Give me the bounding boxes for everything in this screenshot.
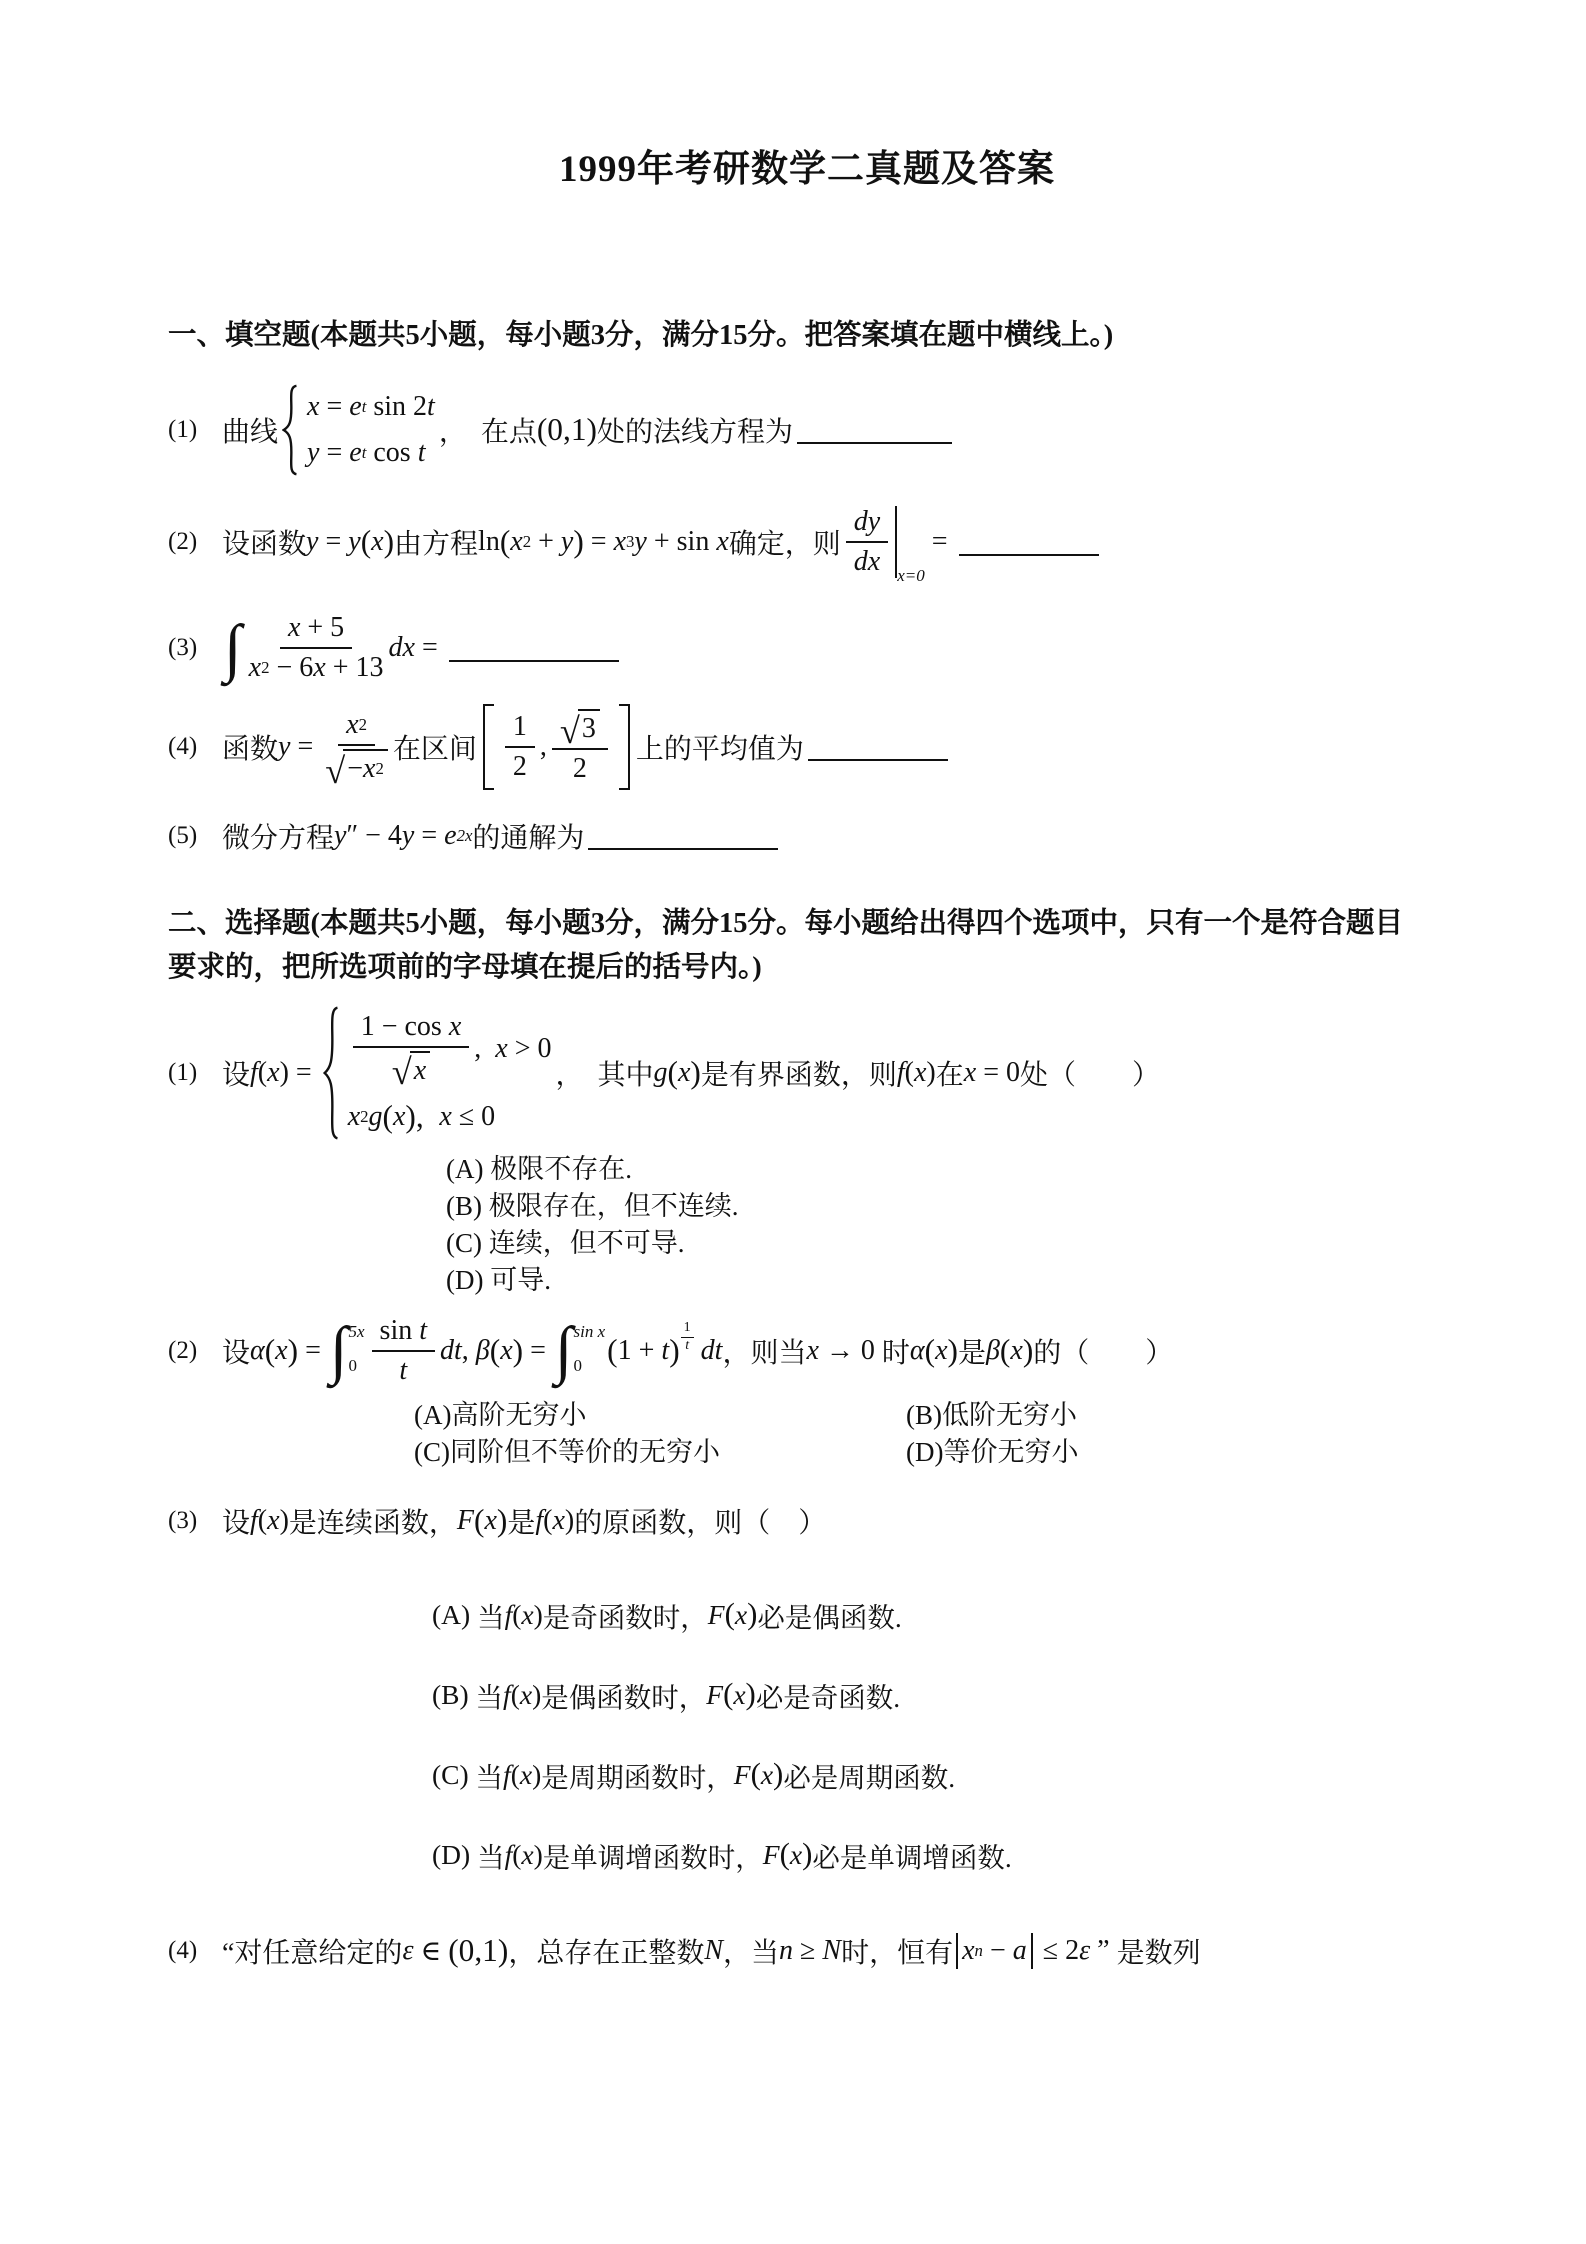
math-token: x: [790, 1839, 802, 1871]
math-token: sin: [380, 1315, 420, 1347]
option-b: (B) 极限存在，但不连续.: [446, 1188, 1446, 1225]
math-token: ≤ 2: [1036, 1935, 1079, 1967]
math-token: F: [457, 1505, 474, 1537]
math-token: =: [298, 1335, 328, 1367]
math-token: −: [983, 1935, 1013, 1967]
math-token: x: [1010, 1335, 1022, 1367]
math-token: 0: [574, 1357, 606, 1374]
math-token: x: [267, 1505, 279, 1537]
math-token: ,: [474, 1033, 495, 1065]
math-token: ,: [540, 731, 547, 763]
math-cases: 1 − cos x√x, x > 0x2g(x), x ≤ 0: [323, 1005, 552, 1141]
radical-icon: √: [325, 758, 345, 785]
math-token: + 13: [326, 652, 384, 684]
math-token: =: [318, 526, 348, 558]
question-s2-2-options: (A)高阶无穷小 (B)低阶无穷小 (C)同阶但不等价的无穷小 (D)等价无穷小: [414, 1397, 1446, 1471]
math-token: t: [685, 1338, 689, 1354]
math-token: ) =: [280, 1057, 319, 1089]
math-token: ): [497, 1503, 507, 1539]
math-token: 当: [477, 1595, 505, 1635]
math-token: （ ）: [742, 1501, 826, 1541]
question-s1-4-formula: 函数y = x2√−x2在区间12,√32上的平均值为: [222, 704, 948, 790]
math-token: 设函数: [222, 522, 306, 562]
math-token: ，则当: [722, 1331, 806, 1371]
math-token: 必是偶函数.: [757, 1595, 901, 1635]
math-token: 2: [359, 715, 367, 735]
math-token: → 0: [819, 1335, 882, 1367]
math-token: 是连续函数，: [289, 1501, 457, 1541]
math-token: t: [399, 1355, 407, 1387]
math-token: sin x0: [573, 1323, 606, 1378]
math-token: 0: [349, 1357, 365, 1374]
math-token: ): [532, 1759, 541, 1791]
math-token: 函数: [222, 727, 278, 767]
math-token: x: [521, 1599, 533, 1631]
math-token: y: [334, 820, 346, 852]
math-token: =: [523, 1335, 553, 1367]
math-fraction: x2√−x2: [325, 709, 388, 785]
math-fraction: 12: [505, 711, 535, 783]
math-token: (: [258, 1057, 267, 1089]
math-token: 12,√32: [494, 704, 619, 790]
math-token: ): [948, 1333, 958, 1369]
math-token: x: [439, 1101, 451, 1133]
math-token: 曲线: [222, 410, 278, 450]
math-token: 是偶函数时，: [541, 1675, 706, 1715]
question-s2-3-options: (A) 当f(x)是奇函数时，F(x)必是偶函数. (B) 当f(x)是偶函数时…: [432, 1595, 1446, 1875]
math-token: (: [511, 1679, 520, 1711]
page-title: 1999年考研数学二真题及答案: [168, 138, 1446, 192]
math-token: 的: [1033, 1331, 1061, 1371]
math-token: F: [763, 1839, 780, 1871]
option-b: (B) 当f(x)是偶函数时，F(x)必是奇函数.: [432, 1675, 1446, 1715]
math-token: −: [347, 753, 363, 785]
math-token: x: [614, 526, 626, 558]
math-token: (: [1000, 1333, 1010, 1369]
math-token: x: [267, 1057, 279, 1089]
math-token: 2: [261, 658, 269, 678]
math-token: 是奇函数时，: [543, 1595, 708, 1635]
integral-icon: ∫: [555, 1323, 573, 1378]
math-token: ): [669, 1333, 679, 1369]
math-token: 微分方程: [222, 816, 334, 856]
math-token: 是单调增函数时，: [543, 1835, 763, 1875]
math-token: (: [383, 1099, 393, 1135]
math-token: 必是单调增函数.: [812, 1835, 1011, 1875]
math-token: ): [532, 1679, 541, 1711]
math-fraction: x + 5x2 − 6x + 13: [249, 612, 384, 684]
math-token: =: [925, 526, 955, 558]
math-token: x: [393, 1101, 405, 1133]
math-token: x=0: [897, 566, 925, 586]
math-token: (: [361, 524, 371, 560]
math-token: √x: [392, 1048, 430, 1087]
integral-icon: ∫: [224, 621, 242, 676]
question-s2-3: (3) 设f(x)是连续函数，F(x)是f(x)的原函数，则（ ）: [168, 1501, 1446, 1541]
math-token: x: [520, 1759, 532, 1791]
math-token: ，: [439, 410, 481, 450]
option-d: (D) 当f(x)是单调增函数时，F(x)必是单调增函数.: [432, 1835, 1446, 1875]
math-token: f: [503, 1679, 511, 1711]
math-token: 1: [505, 711, 535, 748]
math-token: x: [914, 1057, 926, 1089]
math-token: (: [725, 1597, 735, 1632]
math-token: x: [348, 1101, 360, 1133]
math-token: ): [534, 1599, 543, 1631]
math-token: x: [806, 1335, 818, 1367]
math-token: x: [520, 1679, 532, 1711]
math-token: x: [500, 1335, 512, 1367]
math-token: 是有界函数，则: [701, 1053, 897, 1093]
math-token: ): [573, 524, 583, 560]
math-token: ): [773, 1757, 783, 1792]
question-number: (4): [168, 1937, 222, 1965]
math-token: (: [474, 1503, 484, 1539]
math-token: 处的法线方程为: [597, 410, 793, 450]
math-token: N: [704, 1935, 723, 1967]
question-s1-1-formula: 曲线x = et sin 2ty = et cos t， 在点(0,1)处的法线…: [222, 384, 952, 476]
math-token: x: [897, 566, 905, 585]
question-s2-4: (4) “对任意给定的ε ∈ (0,1)，总存在正整数N，当n ≥ N时，恒有x…: [168, 1931, 1446, 1971]
math-token: (: [490, 1333, 500, 1369]
math-token: dt: [694, 1335, 723, 1367]
math-token: x: [678, 1057, 690, 1089]
math-token: x: [761, 1759, 773, 1791]
math-token: (: [905, 1057, 914, 1089]
math-token: 在点: [481, 410, 537, 450]
math-token: =: [319, 391, 349, 423]
math-token: sin x: [574, 1323, 606, 1340]
question-s2-1: (1) 设f(x) = 1 − cos x√x, x > 0x2g(x), x …: [168, 1005, 1446, 1141]
math-token: 处: [1020, 1053, 1048, 1093]
math-token: x + 5: [280, 612, 352, 649]
option-c: (C) 当f(x)是周期函数时，F(x)必是周期函数.: [432, 1755, 1446, 1795]
math-token: e: [349, 437, 361, 469]
math-token: sin t: [372, 1315, 435, 1352]
math-token: −x2: [343, 749, 388, 785]
math-token: 其中: [598, 1053, 654, 1093]
question-s1-5-formula: 微分方程y″ − 4y = e2x的通解为: [222, 816, 778, 856]
math-token: dx: [854, 543, 880, 578]
math-token: (: [668, 1055, 678, 1091]
math-token: ): [288, 1333, 298, 1369]
math-token: 在: [936, 1053, 964, 1093]
math-token: 2: [360, 1107, 368, 1127]
math-cases: x = et sin 2ty = et cos t: [282, 384, 435, 476]
math-token: 必是奇函数.: [756, 1675, 900, 1715]
question-s2-3-formula: 设f(x)是连续函数，F(x)是f(x)的原函数，则（ ）: [222, 1501, 826, 1541]
math-token: 的原函数，则: [574, 1501, 742, 1541]
math-fraction: sin tt: [372, 1315, 435, 1387]
math-token: ): [746, 1677, 756, 1712]
math-token: =: [584, 526, 614, 558]
question-number: (4): [168, 733, 222, 761]
integral-icon: ∫: [330, 1323, 348, 1378]
math-fraction: √32: [552, 709, 608, 785]
math-token: F: [734, 1759, 751, 1791]
answer-blank: [449, 634, 619, 663]
math-token: ln: [478, 526, 500, 558]
question-number: (2): [168, 528, 222, 556]
math-token: x: [510, 526, 522, 558]
option-c: (C) 连续，但不可导.: [446, 1225, 1446, 1262]
question-number: (1): [168, 1059, 222, 1087]
math-token: e: [444, 820, 456, 852]
math-token: t: [399, 1352, 407, 1387]
math-token: 0: [574, 1356, 583, 1375]
math-token: x: [716, 526, 728, 558]
math-token: 2x: [457, 826, 473, 846]
math-token: ε: [402, 1935, 413, 1967]
math-token: +: [531, 526, 561, 558]
math-token: ∈: [413, 1934, 448, 1968]
math-token: x2: [338, 709, 375, 746]
math-token: cos: [366, 437, 417, 469]
math-token: 2: [513, 751, 527, 783]
math-token: α: [910, 1335, 925, 1367]
math-token: 5x0: [348, 1323, 365, 1378]
math-token: =: [415, 632, 445, 664]
math-token: 5x: [349, 1323, 365, 1340]
math-token: ，当: [723, 1931, 779, 1971]
option-d: (D)等价无穷小: [906, 1434, 1446, 1471]
math-token: 5x: [349, 1322, 365, 1341]
math-interval: 12,√32: [483, 704, 630, 790]
math-token: x: [371, 526, 383, 558]
math-token: =: [290, 731, 320, 763]
math-token: x: [414, 1055, 426, 1087]
question-s2-2: (2) 设α(x) = ∫5x0sin ttdt, β(x) = ∫sin x0…: [168, 1315, 1446, 1387]
math-token: （ ）: [1061, 1331, 1173, 1371]
math-token: (: [511, 1759, 520, 1791]
math-exponent-fraction: 1t: [681, 1321, 694, 1353]
math-token: y: [634, 526, 646, 558]
math-token: ε: [1079, 1935, 1090, 1967]
math-token: (: [607, 1333, 617, 1369]
math-token: sin 2: [366, 391, 427, 423]
math-integral: ∫5x0: [330, 1323, 365, 1378]
math-token: 2: [375, 759, 383, 779]
math-token: 2: [523, 532, 531, 552]
math-token: 设: [222, 1331, 250, 1371]
math-token: x: [484, 1505, 496, 1537]
math-token: 1: [513, 711, 527, 743]
math-token: x: [363, 753, 375, 785]
math-token: 1 − cos x√x, x > 0x2g(x), x ≤ 0: [348, 1005, 552, 1141]
answer-blank: [808, 733, 948, 762]
math-token: ): [926, 1057, 935, 1089]
math-token: 设: [222, 1053, 250, 1093]
right-bracket-icon: [619, 704, 630, 790]
question-s1-2-formula: 设函数y = y(x)由方程ln(x2 + y) = x3y + sin x确定…: [222, 506, 1099, 578]
answer-blank: [588, 822, 778, 851]
math-token: x: [552, 1505, 564, 1537]
math-token: (: [780, 1837, 790, 1872]
math-token: ): [747, 1597, 757, 1632]
math-token: ): [802, 1837, 812, 1872]
math-token: (: [723, 1677, 733, 1712]
math-token: ≤ 0: [452, 1101, 495, 1133]
math-token: x = et sin 2ty = et cos t: [307, 384, 435, 476]
math-token: 3: [582, 713, 596, 745]
answer-blank: [959, 528, 1099, 557]
radical-icon: √: [560, 718, 580, 745]
math-token: (0,1): [537, 412, 597, 448]
math-token: x2g(x), x ≤ 0: [348, 1099, 496, 1135]
math-token: (B): [432, 1679, 476, 1711]
math-token: 是: [507, 1501, 535, 1541]
math-token: t: [419, 1315, 427, 1347]
math-token: x: [521, 1839, 533, 1871]
math-token: 2: [573, 753, 587, 785]
math-token: dx: [389, 632, 415, 664]
math-token: x: [346, 709, 358, 741]
math-token: + 5: [300, 612, 344, 644]
math-token: =0: [905, 566, 925, 585]
math-token: x: [935, 1335, 947, 1367]
math-token: 设: [222, 1501, 250, 1541]
math-token: ，总存在正整数: [508, 1931, 704, 1971]
math-token: ): [513, 1333, 523, 1369]
math-token: x: [249, 652, 261, 684]
math-token: 由方程: [394, 522, 478, 562]
math-token: 确定，则: [729, 522, 841, 562]
math-token: (0,1): [448, 1933, 508, 1969]
math-token: =: [319, 437, 349, 469]
question-number: (5): [168, 822, 222, 850]
math-token: 2: [513, 748, 527, 783]
math-token: f: [503, 1759, 511, 1791]
answer-blank: [797, 416, 952, 445]
math-token: t: [427, 391, 435, 423]
math-token: x: [410, 1051, 430, 1087]
math-token: 1 +: [618, 1335, 662, 1367]
math-token: 当: [477, 1835, 505, 1875]
question-number: (3): [168, 634, 222, 662]
math-token: x: [288, 612, 300, 644]
math-token: (D): [432, 1839, 477, 1871]
math-token: y: [278, 731, 290, 763]
math-token: N: [822, 1935, 841, 1967]
math-token: x: [449, 1011, 461, 1043]
math-token: y = et cos t: [307, 437, 425, 469]
math-token: ″ − 4: [346, 820, 401, 852]
question-number: (2): [168, 1337, 222, 1365]
math-token: 0: [349, 1356, 358, 1375]
section1-header: 一、填空题(本题共5小题，每小题3分，满分15分。把答案填在题中横线上。): [168, 314, 1446, 358]
option-c: (C)同阶但不等价的无穷小: [414, 1434, 906, 1471]
math-fraction: dydx: [846, 506, 888, 578]
math-token: t: [661, 1335, 669, 1367]
math-token: dt: [440, 1335, 462, 1367]
math-token: g: [369, 1101, 383, 1133]
math-derivative-eval: dydxx=0: [841, 506, 925, 578]
math-token: 2: [573, 750, 587, 785]
left-brace-icon: [323, 1005, 340, 1141]
math-token: =: [414, 820, 444, 852]
math-token: > 0: [508, 1033, 552, 1065]
math-token: 1 − cos: [361, 1011, 449, 1043]
question-s2-2-formula: 设α(x) = ∫5x0sin ttdt, β(x) = ∫sin x0(1 +…: [222, 1315, 1173, 1387]
math-token: dx: [854, 546, 880, 578]
math-token: x = et sin 2t: [307, 391, 435, 423]
question-s1-2: (2) 设函数y = y(x)由方程ln(x2 + y) = x3y + sin…: [168, 506, 1446, 578]
math-token: (: [265, 1333, 275, 1369]
math-token: β: [986, 1335, 1000, 1367]
math-absolute-value: xn − a: [956, 1933, 1033, 1969]
math-token: 在区间: [393, 727, 477, 767]
exam-document: 1999年考研数学二真题及答案 一、填空题(本题共5小题，每小题3分，满分15分…: [0, 0, 1586, 2244]
math-token: （ ）: [1048, 1053, 1160, 1093]
math-token: F: [706, 1679, 723, 1711]
math-token: 3: [578, 709, 600, 745]
math-token: f: [897, 1057, 905, 1089]
math-token: 是数列: [1117, 1931, 1201, 1971]
math-token: ,: [462, 1335, 476, 1367]
question-s1-3-formula: ∫x + 5x2 − 6x + 13dx =: [222, 612, 619, 684]
math-token: α: [250, 1335, 265, 1367]
section2-header: 二、选择题(本题共5小题，每小题3分，满分15分。每小题给出得四个选项中，只有一…: [168, 902, 1428, 990]
math-token: f: [250, 1057, 258, 1089]
math-token: a: [1013, 1935, 1027, 1967]
math-token: ”: [1090, 1935, 1116, 1967]
math-token: “对任意给定的: [222, 1931, 402, 1971]
math-token: ): [565, 1505, 574, 1537]
math-token: (: [500, 524, 510, 560]
math-token: √3: [552, 709, 608, 750]
math-token: x: [964, 1057, 976, 1089]
math-token: 必是周期函数.: [783, 1755, 955, 1795]
math-token: f: [250, 1505, 258, 1537]
math-integral: ∫: [224, 621, 242, 676]
left-bracket-icon: [483, 704, 494, 790]
math-token: 是周期函数时，: [541, 1755, 734, 1795]
math-token: e: [349, 391, 361, 423]
math-token: x: [495, 1033, 507, 1065]
math-token: t: [418, 437, 426, 469]
math-token: ): [534, 1839, 543, 1871]
math-integral: ∫sin x0: [555, 1323, 605, 1378]
math-token: √−x2: [325, 746, 388, 785]
math-sqrt: √x: [392, 1051, 430, 1087]
option-d: (D) 可导.: [446, 1262, 1446, 1299]
math-token: F: [708, 1599, 725, 1631]
math-token: y: [348, 526, 360, 558]
question-s1-1: (1) 曲线x = et sin 2ty = et cos t， 在点(0,1)…: [168, 384, 1446, 476]
math-token: (: [925, 1333, 935, 1369]
math-token: n: [975, 1941, 983, 1961]
math-token: 1 − cos x: [353, 1011, 470, 1048]
math-token: sin x: [574, 1322, 606, 1341]
math-token: f: [505, 1599, 513, 1631]
math-token: β: [476, 1335, 490, 1367]
math-token: x: [962, 1935, 974, 1967]
math-token: x2 − 6x + 13: [249, 649, 384, 684]
question-s1-5: (5) 微分方程y″ − 4y = e2x的通解为: [168, 816, 1446, 856]
math-token: g: [654, 1057, 668, 1089]
math-token: dy: [846, 506, 888, 543]
math-token: x: [307, 391, 319, 423]
math-token: x: [733, 1679, 745, 1711]
radical-icon: √: [392, 1059, 412, 1086]
math-token: n: [779, 1935, 793, 1967]
math-token: 当: [476, 1755, 504, 1795]
math-token: x: [735, 1599, 747, 1631]
math-token: ，: [555, 1053, 597, 1093]
math-token: + sin: [647, 526, 716, 558]
math-token: (: [512, 1839, 521, 1871]
question-s1-3: (3) ∫x + 5x2 − 6x + 13dx =: [168, 612, 1446, 684]
